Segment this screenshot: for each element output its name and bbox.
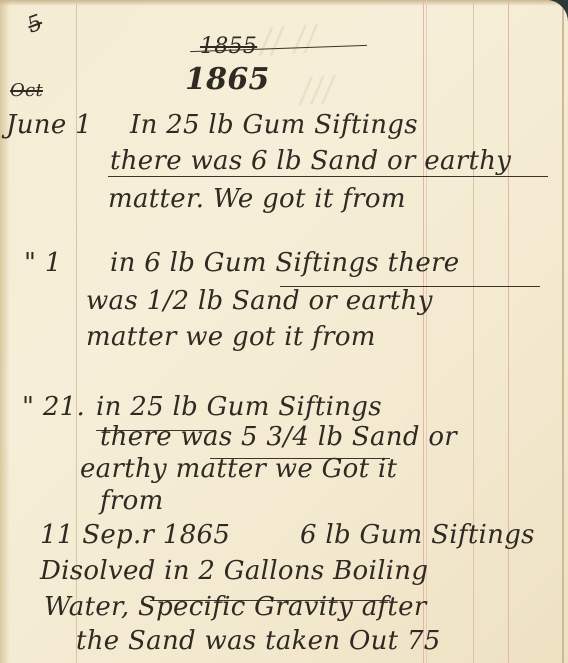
entry-line: matter we got it from (86, 322, 376, 352)
column-rule-3 (508, 0, 509, 663)
underline (108, 176, 548, 177)
bleed-through: ∕∕ ∕∕ (259, 18, 318, 62)
entry-line: was 1/2 lb Sand or earthy (86, 286, 433, 316)
entry-line: from (100, 486, 164, 516)
page-number: 5 (24, 10, 46, 38)
ledger-page: ∕∕ ∕∕ ∕∕∕ 5 1855 1865 Oct June 1 In 25 l… (0, 0, 568, 663)
bleed-through: ∕∕∕ (299, 69, 336, 111)
entry-line: matter. We got it from (108, 184, 406, 214)
entry-line: in 25 lb Gum Siftings (96, 392, 382, 422)
entry-line: there was 5 3/4 lb Sand or (100, 422, 457, 452)
column-rule-2 (473, 0, 474, 663)
page-edge-rule (562, 0, 564, 663)
entry-line: earthy matter we Got it (80, 454, 397, 484)
entry-line: the Sand was taken Out 75 (76, 626, 441, 656)
crossed-out-margin-note: Oct (10, 80, 43, 101)
year-heading: 1865 (185, 62, 270, 97)
entry-date: " 1 (24, 248, 62, 278)
entry-date: June 1 (6, 110, 92, 140)
entry-line: in 6 lb Gum Siftings there (110, 248, 460, 278)
entry-line: Disolved in 2 Gallons Boiling (40, 556, 428, 586)
entry-line: Water, Specific Gravity after (44, 592, 427, 622)
entry-date: 11 Sep.r 1865 (40, 520, 230, 550)
entry-date: " 21. (22, 392, 85, 422)
entry-line: In 25 lb Gum Siftings (130, 110, 418, 140)
page-top-shadow (0, 0, 568, 6)
crossed-out-year: 1855 (200, 34, 257, 59)
entry-line: there was 6 lb Sand or earthy (110, 146, 511, 176)
entry-line: 6 lb Gum Siftings (300, 520, 535, 550)
